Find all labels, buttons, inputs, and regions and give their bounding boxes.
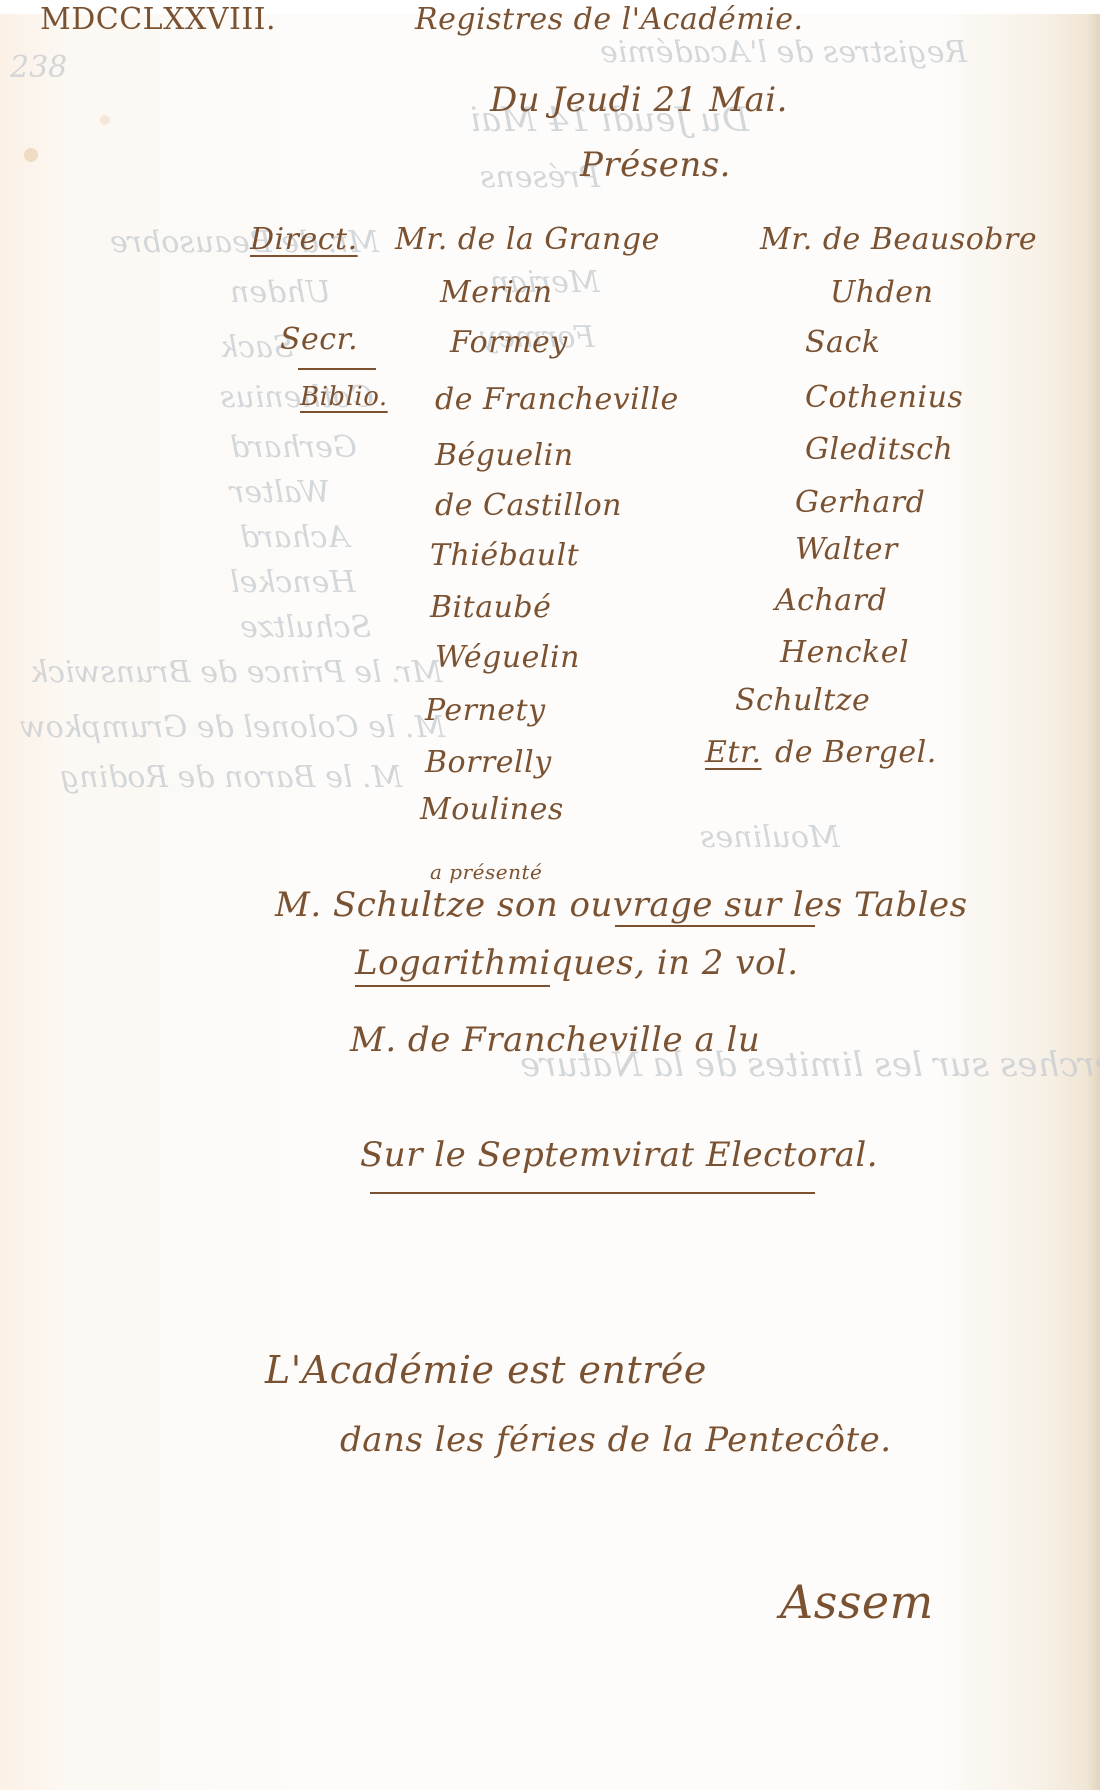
page-gutter-edge <box>1088 14 1100 1790</box>
closing-line-1: L'Académie est entrée <box>265 1348 707 1392</box>
bleed-through-line: Mr. le Prince de Brunswick <box>30 655 442 690</box>
member-name: Formey <box>450 325 568 360</box>
bleed-through-line: M. le Colonel de Grumpkow <box>20 710 445 745</box>
bleed-through-line: Henckel <box>230 565 356 600</box>
member-name: Gleditsch <box>805 432 953 467</box>
member-name: Merian <box>440 275 553 310</box>
member-name: de Castillon <box>435 488 622 523</box>
folio-number: 238 <box>10 50 67 85</box>
role-label-librarian: Biblio. <box>300 382 388 412</box>
member-name: Cothenius <box>805 380 963 415</box>
member-name: de Francheville <box>435 382 679 417</box>
member-name: Thiébault <box>430 538 579 573</box>
title-underline <box>370 1192 815 1194</box>
minute-2-line-1: M. de Francheville a lu <box>350 1020 760 1060</box>
secretary-underline <box>298 368 376 370</box>
member-name: Schultze <box>735 683 870 718</box>
register-title: Registres de l'Académie. <box>415 2 804 37</box>
bleed-through-line: M. le Baron de Roding <box>60 760 402 795</box>
foreign-member-label: Etr. <box>705 735 762 770</box>
bleed-through-line: Moulines <box>700 820 840 855</box>
minute-1-line-1: M. Schultze son ouvrage sur les Tables <box>275 885 968 925</box>
member-name: Wéguelin <box>435 640 580 675</box>
bleed-through-line: Gerhard <box>230 430 357 465</box>
insertion-note: a présenté <box>430 860 542 884</box>
bleed-through-line: Schultze <box>240 610 371 645</box>
secretary-signature: Assem <box>780 1575 934 1629</box>
member-name: Uhden <box>830 275 933 310</box>
minute-2-line-2: Sur le Septemvirat Electoral. <box>360 1135 878 1175</box>
present-heading: Présens. <box>580 145 731 185</box>
member-name: Borrelly <box>425 745 552 780</box>
member-name: Walter <box>795 532 898 567</box>
member-name: Pernety <box>425 693 546 728</box>
foxing-stain <box>24 148 38 162</box>
bleed-through-line: Walter <box>230 475 330 510</box>
minute-1-line-2: Logarithmiques, in 2 vol. <box>355 943 799 983</box>
closing-line-2: dans les féries de la Pentecôte. <box>340 1420 892 1460</box>
role-label-director: Direct. <box>250 222 358 257</box>
member-name: Mr. de Beausobre <box>760 222 1037 257</box>
member-name: Gerhard <box>795 485 925 520</box>
foxing-stain <box>100 115 110 125</box>
member-name: Achard <box>775 583 887 618</box>
member-name: Sack <box>805 325 880 360</box>
bleed-through-line: Uhden <box>230 275 331 310</box>
year-heading: MDCCLXXVIII. <box>40 2 276 37</box>
meeting-date: Du Jeudi 21 Mai. <box>490 80 788 120</box>
bleed-through-line: Achard <box>240 520 349 555</box>
member-name: Béguelin <box>435 438 574 473</box>
foreign-member-name: de Bergel. <box>775 735 937 770</box>
title-underline <box>615 925 815 927</box>
member-name: Mr. de la Grange <box>395 222 660 257</box>
member-name: Henckel <box>780 635 909 670</box>
member-name: Moulines <box>420 792 564 827</box>
bleed-through-line: Registres de l'Académie <box>600 35 967 70</box>
title-underline <box>355 985 550 987</box>
role-label-secretary: Secr. <box>280 322 358 357</box>
member-name: Bitaubé <box>430 590 551 625</box>
